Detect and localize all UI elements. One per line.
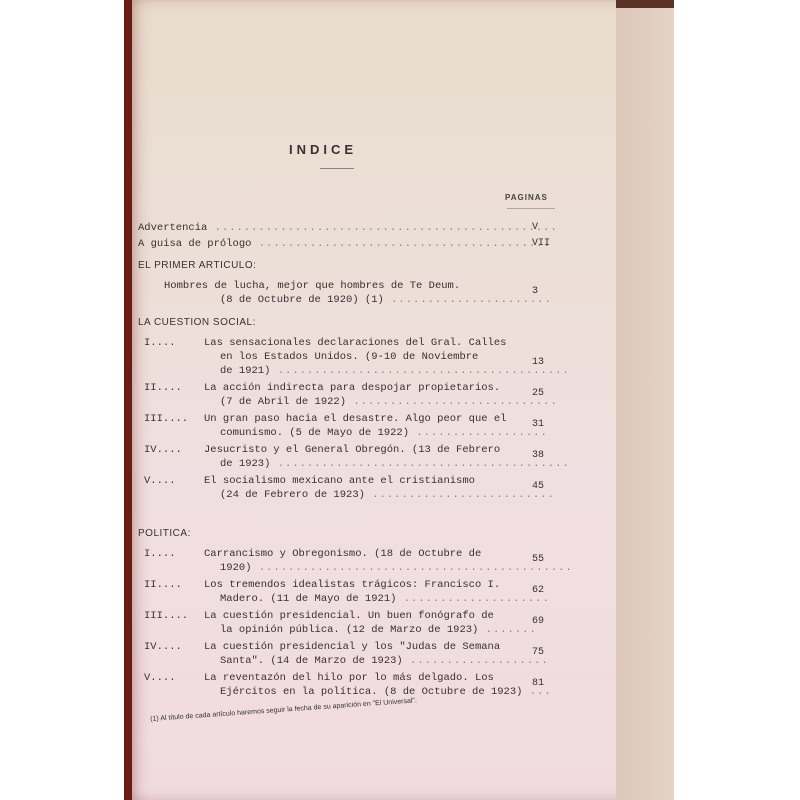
toc-entry-numeral: III.... bbox=[144, 413, 188, 425]
toc-page-number: 45 bbox=[532, 481, 544, 492]
toc-section-heading: EL PRIMER ARTICULO: bbox=[138, 260, 256, 271]
book-photo: INDICE PAGINAS Advertencia .............… bbox=[124, 0, 674, 800]
toc-entry-text: de 1921) ...............................… bbox=[220, 365, 570, 377]
toc-entry-text: comunismo. (5 de Mayo de 1922) .........… bbox=[220, 427, 548, 439]
toc-entry-numeral: II.... bbox=[144, 382, 182, 394]
toc-page-number: 3 bbox=[532, 286, 538, 297]
toc-entry-text: Las sensacionales declaraciones del Gral… bbox=[204, 337, 506, 349]
toc-section-heading: LA CUESTION SOCIAL: bbox=[138, 317, 256, 328]
toc-entry-text: (24 de Febrero de 1923) ................… bbox=[220, 489, 555, 501]
toc-entry-text: Carrancismo y Obregonismo. (18 de Octubr… bbox=[204, 548, 481, 560]
toc-page-number: 69 bbox=[532, 616, 544, 627]
toc-page-number: 31 bbox=[532, 419, 544, 430]
toc-entry-numeral: IV.... bbox=[144, 641, 182, 653]
toc-page-number: 81 bbox=[532, 678, 544, 689]
toc-entry-numeral: III.... bbox=[144, 610, 188, 622]
toc-entry-text: la opinión pública. (12 de Marzo de 1923… bbox=[220, 624, 537, 636]
toc-entry-text: La cuestión presidencial y los "Judas de… bbox=[204, 641, 500, 653]
toc-entry-text: Un gran paso hacia el desastre. Algo peo… bbox=[204, 413, 506, 425]
toc-page-number: 75 bbox=[532, 647, 544, 658]
toc-page-number: 25 bbox=[532, 388, 544, 399]
toc-page-number: 13 bbox=[532, 357, 544, 368]
toc-entry-text: en los Estados Unidos. (9-10 de Noviembr… bbox=[220, 351, 478, 363]
toc-entry-text: (7 de Abril de 1922) ...................… bbox=[220, 396, 558, 408]
toc-page-number: V bbox=[532, 222, 538, 233]
pages-column-header: PAGINAS bbox=[505, 193, 548, 202]
toc-entry-text: de 1923) ...............................… bbox=[220, 458, 570, 470]
footnote: (1) Al título de cada artículo haremos s… bbox=[150, 697, 417, 723]
toc-entry-numeral: V.... bbox=[144, 672, 176, 684]
toc-page-number: 55 bbox=[532, 554, 544, 565]
index-page: INDICE PAGINAS Advertencia .............… bbox=[124, 0, 616, 800]
title-rule bbox=[320, 168, 354, 169]
toc-entry-text: (8 de Octubre de 1920) (1) .............… bbox=[220, 294, 552, 306]
toc-entry-numeral: I.... bbox=[144, 548, 176, 560]
toc-page-number: 38 bbox=[532, 450, 544, 461]
toc-entry-text: La acción indirecta para despojar propie… bbox=[204, 382, 500, 394]
toc-entry-text: Jesucristo y el General Obregón. (13 de … bbox=[204, 444, 500, 456]
toc-entry-text: 1920) ..................................… bbox=[220, 562, 573, 574]
toc-entry-numeral: IV.... bbox=[144, 444, 182, 456]
toc-entry-text: Ejércitos en la política. (8 de Octubre … bbox=[220, 686, 552, 698]
toc-entry-text: Hombres de lucha, mejor que hombres de T… bbox=[164, 280, 460, 292]
toc-entry-text: El socialismo mexicano ante el cristiani… bbox=[204, 475, 475, 487]
toc-entry-numeral: V.... bbox=[144, 475, 176, 487]
toc-page-number: VII bbox=[532, 238, 550, 249]
book-spine bbox=[124, 0, 132, 800]
toc-front-entry: A guisa de prólogo .....................… bbox=[138, 238, 551, 250]
toc-entry-numeral: II.... bbox=[144, 579, 182, 591]
column-header-rule bbox=[507, 208, 555, 209]
page-title: INDICE bbox=[289, 142, 357, 157]
toc-entry-text: La reventazón del hilo por lo más delgad… bbox=[204, 672, 494, 684]
toc-entry-text: Madero. (11 de Mayo de 1921) ...........… bbox=[220, 593, 550, 605]
toc-entry-numeral: I.... bbox=[144, 337, 176, 349]
toc-section-heading: POLITICA: bbox=[138, 528, 191, 539]
toc-entry-text: La cuestión presidencial. Un buen fonógr… bbox=[204, 610, 494, 622]
toc-entry-text: Santa". (14 de Marzo de 1923) ..........… bbox=[220, 655, 549, 667]
toc-page-number: 62 bbox=[532, 585, 544, 596]
toc-front-entry: Advertencia ............................… bbox=[138, 222, 558, 234]
toc-entry-text: Los tremendos idealistas trágicos: Franc… bbox=[204, 579, 500, 591]
